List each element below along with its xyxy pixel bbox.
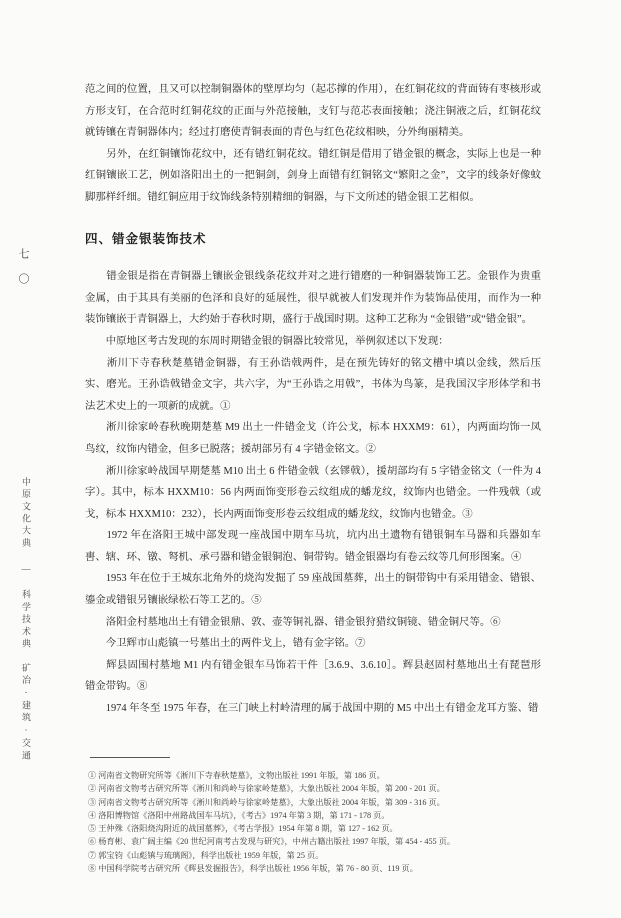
body-paragraph: 辉县固围村墓地 M1 内有错金银车马饰若干件［3.6.9、3.6.10］。辉县赵…: [85, 655, 541, 698]
body-paragraph: 淅川徐家岭春秋晚期楚墓 M9 出土一件错金戈（许公戈，标本 HXXM9：61），…: [85, 417, 541, 460]
footnote-separator: [90, 757, 170, 758]
footnote: ① 河南省文物研究所等《淅川下寺春秋楚墓》，文物出版社 1991 年版，第 18…: [88, 769, 556, 782]
body-paragraph: 中原地区考古发现的东周时期错金银的铜器比较常见，举例叙述以下发现：: [85, 331, 541, 353]
footnote: ⑥ 杨育彬、袁广阔主编《20 世纪河南考古发现与研究》，中州古籍出版社 1997…: [88, 835, 556, 848]
spine-title: 中原文化大典 — 科学技术典 矿冶·建筑·交通: [20, 477, 33, 763]
body-paragraph: 范之间的位置，且又可以控制铜器体的壁厚均匀（起芯撑的作用），在红铜花纹的背面铸有…: [85, 79, 541, 144]
body-paragraph: 淅川下寺春秋楚墓错金铜器，有王孙诰戟两件，是在预先铸好的铭文槽中填以金线，然后压…: [85, 353, 541, 418]
section-paragraphs: 错金银是指在青铜器上镶嵌金银线条花纹并对之进行错磨的一种铜器装饰工艺。金银作为贵…: [85, 266, 541, 719]
footnote: ③ 河南省文物考古研究所等《淅川和尚岭与徐家岭楚墓》，大象出版社 2004 年版…: [88, 796, 556, 809]
body-paragraph: 另外，在红铜镶饰花纹中，还有错红铜花纹。错红铜是借用了错金银的概念，实际上也是一…: [85, 144, 541, 209]
section-heading: 四、错金银装饰技术: [85, 229, 541, 251]
footnote: ⑤ 王仲殊《洛阳烧沟附近的战国墓葬》，《考古学报》1954 年第 8 期，第 1…: [88, 822, 556, 835]
footnote-block: ① 河南省文物研究所等《淅川下寺春秋楚墓》，文物出版社 1991 年版，第 18…: [88, 757, 556, 875]
body-paragraph: 1972 年在洛阳王城中部发现一座战国中期车马坑，坑内出土遗物有错银铜车马器和兵…: [85, 525, 541, 568]
footnote: ④ 洛阳博物馆《洛阳中州路战国车马坑》，《考古》1974 年第 3 期，第 17…: [88, 809, 556, 822]
body-paragraph: 错金银是指在青铜器上镶嵌金银线条花纹并对之进行错磨的一种铜器装饰工艺。金银作为贵…: [85, 266, 541, 331]
body-paragraph: 今卫辉市山彪镇一号墓出土的两件戈上，错有金字铭。⑦: [85, 633, 541, 655]
footnote: ⑦ 郭宝钧《山彪镇与琉璃阁》，科学出版社 1959 年版，第 25 页。: [88, 849, 556, 862]
footnote-list: ① 河南省文物研究所等《淅川下寺春秋楚墓》，文物出版社 1991 年版，第 18…: [88, 769, 556, 875]
body-paragraph: 1974 年冬至 1975 年春，在三门峡上村岭清理的属于战国中期的 M5 中出…: [85, 698, 541, 720]
main-text-column: 范之间的位置，且又可以控制铜器体的壁厚均匀（起芯撑的作用），在红铜花纹的背面铸有…: [85, 79, 541, 720]
book-page: 七〇 中原文化大典 — 科学技术典 矿冶·建筑·交通 范之间的位置，且又可以控制…: [0, 0, 621, 918]
body-paragraph: 淅川徐家岭战国早期楚墓 M10 出土 6 件错金戟（玄镠戟），援胡部均有 5 字…: [85, 461, 541, 526]
page-number-vertical: 七〇: [15, 248, 31, 298]
body-paragraph: 洛阳金村墓地出土有错金银鼎、敦、壶等铜礼器、错金银狩猎纹铜镜、错金铜尺等。⑥: [85, 612, 541, 634]
opening-paragraphs: 范之间的位置，且又可以控制铜器体的壁厚均匀（起芯撑的作用），在红铜花纹的背面铸有…: [85, 79, 541, 209]
footnote: ⑧ 中国科学院考古研究所《辉县发掘报告》，科学出版社 1956 年版，第 76 …: [88, 862, 556, 875]
body-paragraph: 1953 年在位于王城东北角外的烧沟发掘了 59 座战国墓葬，出土的铜带钩中有采…: [85, 568, 541, 611]
footnote: ② 河南省文物考古研究所等《淅川和尚岭与徐家岭楚墓》，大象出版社 2004 年版…: [88, 782, 556, 795]
